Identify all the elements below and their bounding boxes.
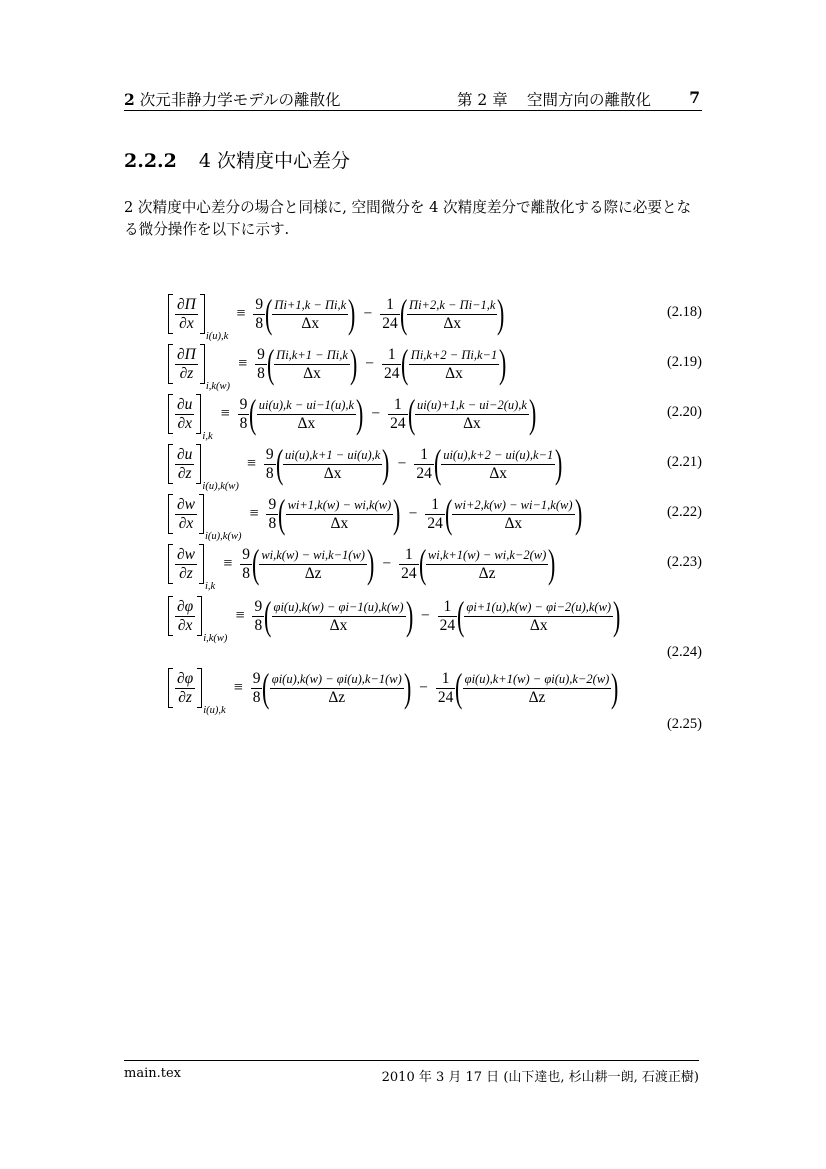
coefficient-9-8: 98 [251, 670, 263, 707]
equiv-symbol: ≡ [235, 607, 244, 625]
coefficient-1-24: 124 [382, 346, 402, 383]
equation-body: ∂w∂zi,k≡98(wi,k(w) − wi,k−1(w)Δz)−124(wi… [168, 540, 556, 588]
lhs-bracket: ∂w∂z [168, 544, 204, 584]
coefficient-9-8: 98 [253, 296, 265, 333]
lhs-bracket: ∂u∂x [168, 394, 201, 434]
lhs-derivative: ∂w∂z [175, 546, 197, 583]
section-heading: 2.2.24 次精度中心差分 [124, 146, 350, 173]
lhs-subscript: i(u),k [203, 705, 225, 716]
second-difference: Πi,k+2 − Πi,k−1Δx [409, 347, 499, 382]
equation: ∂φ∂zi(u),k≡98(φi(u),k(w) − φi(u),k−1(w)Δ… [168, 664, 702, 712]
lhs-derivative: ∂Π∂x [175, 296, 198, 333]
footer-rule [124, 1060, 699, 1061]
equation: ∂Π∂zi,k(w)≡98(Πi,k+1 − Πi,kΔx)−124(Πi,k+… [168, 340, 702, 388]
second-difference: ui(u)+1,k − ui−2(u),kΔx [415, 397, 529, 432]
equation-body: ∂φ∂xi,k(w)≡98(φi(u),k(w) − φi−1(u),k(w)Δ… [168, 592, 620, 640]
equation-number: (2.22) [667, 504, 702, 521]
header-chapter: 第 2 章 [457, 88, 508, 110]
lhs-subscript: i,k [205, 581, 215, 592]
first-difference: φi(u),k(w) − φi−1(u),k(w)Δx [272, 599, 406, 634]
equiv-symbol: ≡ [238, 355, 247, 373]
header-left: 2 次元非静力学モデルの離散化 [124, 88, 340, 110]
equation: ∂w∂zi,k≡98(wi,k(w) − wi,k−1(w)Δz)−124(wi… [168, 540, 702, 588]
lhs-bracket: ∂φ∂z [168, 668, 202, 708]
equation-body: ∂w∂xi(u),k(w)≡98(wi+1,k(w) − wi,k(w)Δx)−… [168, 490, 582, 538]
footer-date-authors: 2010 年 3 月 17 日 (山下達也, 杉山耕一朗, 石渡正樹) [382, 1066, 699, 1085]
lhs-derivative: ∂w∂x [175, 496, 197, 533]
equation-number: (2.25) [667, 716, 702, 733]
equiv-symbol: ≡ [234, 679, 243, 697]
equation: ∂φ∂xi,k(w)≡98(φi(u),k(w) − φi−1(u),k(w)Δ… [168, 592, 702, 640]
equation: ∂u∂xi,k≡98(ui(u),k − ui−1(u),kΔx)−124(ui… [168, 390, 702, 438]
lhs-derivative: ∂φ∂x [175, 598, 195, 635]
equation-body: ∂Π∂xi(u),k≡98(Πi+1,k − Πi,kΔx)−124(Πi+2,… [168, 290, 505, 338]
coefficient-1-24: 124 [436, 670, 456, 707]
body-paragraph: 2 次精度中心差分の場合と同様に, 空間微分を 4 次精度差分で離散化する際に必… [124, 197, 704, 241]
document-page: 2 次元非静力学モデルの離散化 第 2 章 空間方向の離散化 7 2.2.24 … [0, 0, 826, 1169]
second-difference: φi(u),k+1(w) − φi(u),k−2(w)Δz [463, 671, 612, 706]
coefficient-1-24: 124 [380, 296, 400, 333]
equation-number: (2.23) [667, 554, 702, 571]
section-number: 2.2.2 [124, 150, 177, 172]
header-left-number: 2 [124, 90, 135, 109]
first-difference: Πi,k+1 − Πi,kΔx [274, 347, 350, 382]
second-difference: wi+2,k(w) − wi−1,k(w)Δx [452, 497, 574, 532]
equation: ∂Π∂xi(u),k≡98(Πi+1,k − Πi,kΔx)−124(Πi+2,… [168, 290, 702, 338]
equiv-symbol: ≡ [221, 405, 230, 423]
coefficient-9-8: 98 [266, 496, 278, 533]
lhs-derivative: ∂u∂z [175, 446, 194, 483]
coefficient-9-8: 98 [238, 396, 250, 433]
equation-number: (2.21) [667, 454, 702, 471]
equation-body: ∂u∂xi,k≡98(ui(u),k − ui−1(u),kΔx)−124(ui… [168, 390, 536, 438]
footer-filename: main.tex [124, 1066, 181, 1081]
lhs-bracket: ∂w∂x [168, 494, 204, 534]
lhs-bracket: ∂u∂z [168, 444, 201, 484]
lhs-bracket: ∂Π∂z [168, 344, 205, 384]
section-title: 4 次精度中心差分 [199, 150, 350, 172]
coefficient-1-24: 124 [388, 396, 408, 433]
running-header: 2 次元非静力学モデルの離散化 第 2 章 空間方向の離散化 7 [124, 88, 702, 110]
equiv-symbol: ≡ [247, 455, 256, 473]
coefficient-1-24: 124 [414, 446, 434, 483]
coefficient-1-24: 124 [425, 496, 445, 533]
lhs-bracket: ∂φ∂x [168, 596, 202, 636]
header-chapter-title: 空間方向の離散化 [527, 88, 651, 110]
lhs-derivative: ∂u∂x [175, 396, 194, 433]
first-difference: ui(u),k − ui−1(u),kΔx [257, 397, 356, 432]
lhs-subscript: i,k(w) [203, 633, 227, 644]
coefficient-1-24: 124 [399, 546, 419, 583]
coefficient-1-24: 124 [438, 598, 458, 635]
first-difference: φi(u),k(w) − φi(u),k−1(w)Δz [270, 671, 404, 706]
first-difference: ui(u),k+1 − ui(u),kΔx [283, 447, 382, 482]
equation-body: ∂u∂zi(u),k(w)≡98(ui(u),k+1 − ui(u),kΔx)−… [168, 440, 563, 488]
second-difference: ui(u),k+2 − ui(u),k−1Δx [441, 447, 555, 482]
second-difference: Πi+2,k − Πi−1,kΔx [407, 297, 497, 332]
equation-body: ∂φ∂zi(u),k≡98(φi(u),k(w) − φi(u),k−1(w)Δ… [168, 664, 619, 712]
coefficient-9-8: 98 [255, 346, 267, 383]
equation-number: (2.20) [667, 404, 702, 421]
equiv-symbol: ≡ [236, 305, 245, 323]
lhs-derivative: ∂Π∂z [175, 346, 198, 383]
first-difference: Πi+1,k − Πi,kΔx [272, 297, 348, 332]
equation-number: (2.24) [667, 644, 702, 661]
header-left-text: 次元非静力学モデルの離散化 [140, 91, 341, 109]
equation: ∂u∂zi(u),k(w)≡98(ui(u),k+1 − ui(u),kΔx)−… [168, 440, 702, 488]
lhs-bracket: ∂Π∂x [168, 294, 205, 334]
equation-body: ∂Π∂zi,k(w)≡98(Πi,k+1 − Πi,kΔx)−124(Πi,k+… [168, 340, 507, 388]
equation-number: (2.18) [667, 304, 702, 321]
header-rule [124, 110, 702, 111]
equation-number: (2.19) [667, 354, 702, 371]
coefficient-9-8: 98 [240, 546, 252, 583]
equiv-symbol: ≡ [223, 555, 232, 573]
equiv-symbol: ≡ [249, 505, 258, 523]
second-difference: wi,k+1(w) − wi,k−2(w)Δz [426, 547, 548, 582]
first-difference: wi,k(w) − wi,k−1(w)Δz [259, 547, 367, 582]
first-difference: wi+1,k(w) − wi,k(w)Δx [286, 497, 394, 532]
coefficient-9-8: 98 [252, 598, 264, 635]
lhs-derivative: ∂φ∂z [175, 670, 195, 707]
coefficient-9-8: 98 [264, 446, 276, 483]
equation: ∂w∂xi(u),k(w)≡98(wi+1,k(w) − wi,k(w)Δx)−… [168, 490, 702, 538]
second-difference: φi+1(u),k(w) − φi−2(u),k(w)Δx [464, 599, 613, 634]
page-number: 7 [689, 88, 700, 107]
